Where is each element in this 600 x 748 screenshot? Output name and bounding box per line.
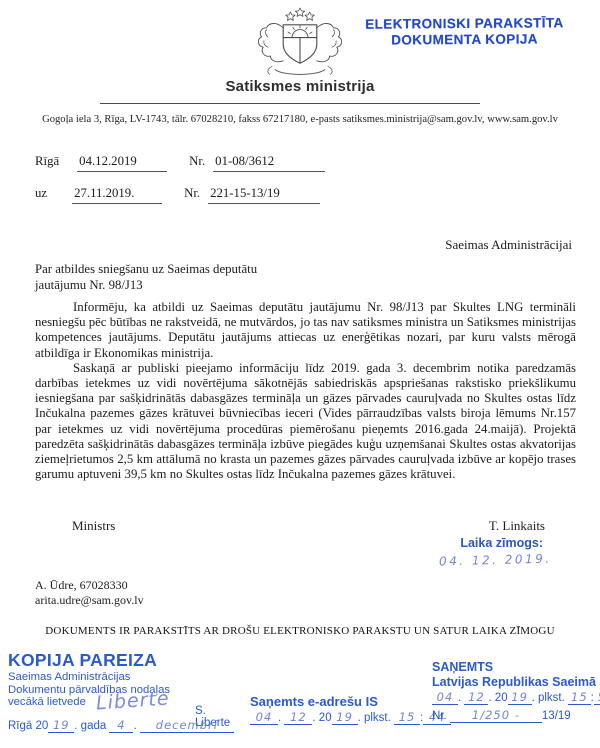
plkst-label: . plkst. bbox=[532, 692, 565, 704]
saeima-stamp-title: SAŅEMTS bbox=[432, 660, 597, 675]
copy-date-mid: . gada bbox=[74, 720, 106, 732]
header-divider bbox=[100, 103, 480, 104]
saeima-hour: 15 bbox=[571, 690, 588, 704]
signature-statement: DOKUMENTS IR PARAKSTĪTS AR DROŠU ELEKTRO… bbox=[0, 625, 600, 637]
uz-label: uz bbox=[35, 186, 47, 200]
timestamp-label: Laika zīmogs: bbox=[460, 536, 543, 550]
saeima-day: 04 bbox=[437, 690, 454, 704]
ministry-address: Gogoļa iela 3, Rīga, LV-1743, tālr. 6702… bbox=[0, 114, 600, 125]
paragraph-2: Saskaņā ar publiski pieejamo informāciju… bbox=[35, 361, 576, 483]
letter-body: Informēju, ka atbildi uz Saeimas deputāt… bbox=[35, 300, 576, 482]
ref-row-out: Rīgā 04.12.2019 Nr. 01-08/3612 bbox=[35, 152, 325, 172]
contact-name-phone: A. Ūdre, 67028330 bbox=[35, 578, 144, 593]
place-label: Rīgā bbox=[35, 154, 59, 168]
sep: . bbox=[458, 692, 461, 704]
copy-date-prefix: Rīgā 20 bbox=[8, 720, 48, 732]
eaddress-received-stamp: Saņemts e-adrešu IS 04. 12. 2019. plkst.… bbox=[250, 694, 430, 725]
recipient: Saeimas Administrācijai bbox=[445, 237, 572, 253]
eaddress-month: 12 bbox=[290, 710, 307, 724]
sep: . 20 bbox=[312, 712, 331, 724]
electronic-copy-stamp: ELEKTRONISKI PARAKSTĪTA DOKUMENTA KOPIJA bbox=[357, 15, 572, 49]
signer-title: Ministrs bbox=[72, 518, 115, 534]
copy-date-dot: . bbox=[133, 720, 136, 732]
incoming-number: 221-15-13/19 bbox=[208, 186, 320, 204]
letter-date: 04.12.2019 bbox=[77, 154, 167, 172]
saeima-year: 19 bbox=[511, 690, 528, 704]
nr-label-1: Nr. bbox=[189, 154, 205, 168]
electronic-copy-stamp-line1: ELEKTRONISKI PARAKSTĪTA bbox=[357, 15, 572, 33]
electronic-copy-stamp-line2: DOKUMENTA KOPIJA bbox=[357, 31, 572, 49]
saeima-received-stamp: SAŅEMTS Latvijas Republikas Saeimā 04. 1… bbox=[432, 660, 597, 723]
paragraph-1: Informēju, ka atbildi uz Saeimas deputāt… bbox=[35, 300, 576, 361]
saeima-nr-value: 1/250 - bbox=[472, 708, 520, 722]
eaddress-hour: 15 bbox=[399, 710, 416, 724]
saeima-nr-label: Nr. bbox=[432, 710, 447, 722]
copy-stamp-line1: Saeimas Administrācijas bbox=[8, 671, 243, 684]
subject: Par atbildes sniegšanu uz Saeimas deputā… bbox=[35, 262, 257, 293]
sep: . 20 bbox=[488, 692, 507, 704]
copy-date-day: 4 bbox=[117, 718, 125, 732]
incoming-date: 27.11.2019. bbox=[72, 186, 162, 204]
saeima-stamp-number-line: Nr. 1/250 -13/19 bbox=[432, 710, 597, 723]
handwritten-signature: Liberte bbox=[95, 687, 170, 714]
contact-email: arita.udre@sam.gov.lv bbox=[35, 593, 144, 608]
timestamp-handwritten: 04. 12. 2019. bbox=[439, 552, 552, 569]
copy-date-month: decembrī bbox=[156, 718, 218, 732]
sep: . bbox=[278, 712, 281, 724]
copy-stamp-dateline: Rīgā 2019. gada 4. decembrī bbox=[8, 720, 234, 733]
copy-date-year: 19 bbox=[53, 718, 70, 732]
saeima-nr-suffix: 13/19 bbox=[542, 710, 571, 722]
saeima-stamp-subtitle: Latvijas Republikas Saeimā bbox=[432, 675, 597, 690]
letter-number: 01-08/3612 bbox=[213, 154, 325, 172]
eaddress-stamp-title: Saņemts e-adrešu IS bbox=[250, 694, 430, 709]
plkst-label: . plkst. bbox=[358, 712, 391, 724]
eaddress-year: 19 bbox=[336, 710, 353, 724]
copy-correct-stamp: KOPIJA PAREIZA Saeimas Administrācijas D… bbox=[8, 650, 243, 709]
contact-block: A. Ūdre, 67028330 arita.udre@sam.gov.lv bbox=[35, 578, 144, 608]
eaddress-day: 04 bbox=[256, 710, 273, 724]
nr-label-2: Nr. bbox=[184, 186, 200, 200]
latvia-coat-of-arms-icon bbox=[248, 4, 352, 85]
copy-stamp-title: KOPIJA PAREIZA bbox=[8, 650, 243, 671]
eaddress-stamp-dateline: 04. 12. 2019. plkst. 15:44 bbox=[250, 712, 430, 725]
signer-name: T. Linkaits bbox=[489, 518, 545, 534]
ministry-name: Satiksmes ministrija bbox=[0, 78, 600, 95]
subject-line2: jautājumu Nr. 98/J13 bbox=[35, 278, 257, 294]
saeima-stamp-dateline: 04. 12. 2019. plkst. 15:57 bbox=[432, 692, 597, 705]
ref-row-in: uz 27.11.2019. Nr. 221-15-13/19 bbox=[35, 184, 320, 204]
subject-line1: Par atbildes sniegšanu uz Saeimas deputā… bbox=[35, 262, 257, 278]
saeima-month: 12 bbox=[468, 690, 485, 704]
